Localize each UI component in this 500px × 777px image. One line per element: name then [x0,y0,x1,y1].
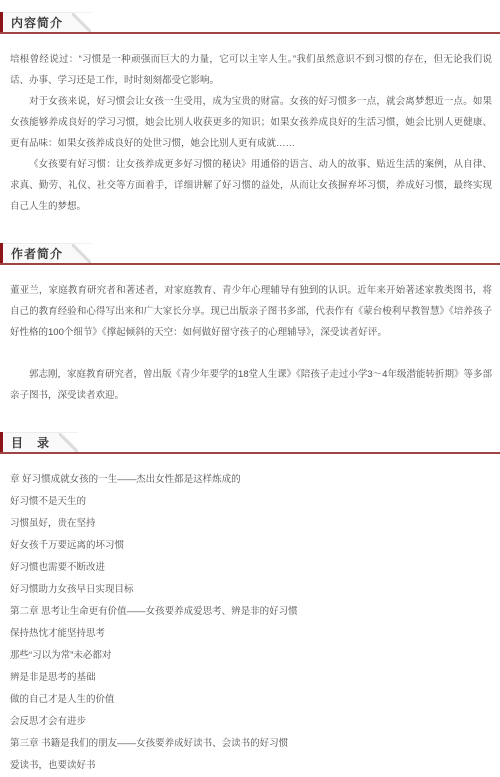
toc-item: 爱读书，也要读好书 [10,755,492,777]
tab-slant-decoration [59,432,78,452]
toc-item: 习惯虽好，贵在坚持 [10,513,492,535]
content-paragraph: 培根曾经说过：“习惯是一种顽强而巨大的力量，它可以主宰人生。”我们虽然意识不到习… [10,49,492,91]
toc-item: 辨是非是思考的基础 [10,667,492,689]
tab-slant-decoration [72,243,91,263]
content-intro-body: 培根曾经说过：“习惯是一种顽强而巨大的力量，它可以主宰人生。”我们虽然意识不到习… [0,34,500,217]
toc-item: 第三章 书籍是我们的朋友——女孩要养成好读书、会读书的好习惯 [10,733,492,755]
toc-item: 第二章 思考让生命更有价值——女孩要养成爱思考、辨是非的好习惯 [10,601,492,623]
section-content-intro: 内容简介 培根曾经说过：“习惯是一种顽强而巨大的力量，它可以主宰人生。”我们虽然… [0,12,500,217]
section-author-intro: 作者简介 董亚兰，家庭教育研究者和著述者，对家庭教育、青少年心理辅导有独到的认识… [0,243,500,406]
section-header-content-intro: 内容简介 [0,12,500,34]
section-title-content-intro: 内容简介 [3,12,72,32]
toc-item: 好习惯助力女孩早日实现目标 [10,579,492,601]
section-header-toc: 目 录 [0,432,500,454]
section-title-toc: 目 录 [3,432,59,452]
content-paragraph: 对于女孩来说，好习惯会让女孩一生受用，成为宝贵的财富。女孩的好习惯多一点，就会离… [10,91,492,154]
book-detail-page: 内容简介 培根曾经说过：“习惯是一种顽强而巨大的力量，它可以主宰人生。”我们虽然… [0,12,500,777]
toc-item: 好习惯不是天生的 [10,491,492,513]
tab-slant-decoration [72,12,91,32]
section-header-author-intro: 作者简介 [0,243,500,265]
author-paragraph: 董亚兰，家庭教育研究者和著述者，对家庭教育、青少年心理辅导有独到的认识。近年来开… [10,280,492,343]
content-paragraph: 《女孩要有好习惯：让女孩养成更多好习惯的秘诀》用通俗的语言、动人的故事、贴近生活… [10,154,492,217]
toc-item: 章 好习惯成就女孩的一生——杰出女性都是这样炼成的 [10,469,492,491]
section-toc: 目 录 章 好习惯成就女孩的一生——杰出女性都是这样炼成的 好习惯不是天生的 习… [0,432,500,777]
toc-list: 章 好习惯成就女孩的一生——杰出女性都是这样炼成的 好习惯不是天生的 习惯虽好，… [0,454,500,777]
toc-item: 保持热忱才能坚持思考 [10,623,492,645]
author-intro-body: 董亚兰，家庭教育研究者和著述者，对家庭教育、青少年心理辅导有独到的认识。近年来开… [0,265,500,406]
toc-item: 那些“习以为常”未必都对 [10,645,492,667]
author-paragraph: 郭志刚，家庭教育研究者，曾出版《青少年要学的18堂人生课》《陪孩子走过小学3～4… [10,364,492,406]
section-title-author-intro: 作者简介 [3,243,72,263]
toc-item: 做的自己才是人生的价值 [10,689,492,711]
toc-item: 会反思才会有进步 [10,711,492,733]
toc-item: 好女孩千万要远离的坏习惯 [10,535,492,557]
toc-item: 好习惯也需要不断改进 [10,557,492,579]
